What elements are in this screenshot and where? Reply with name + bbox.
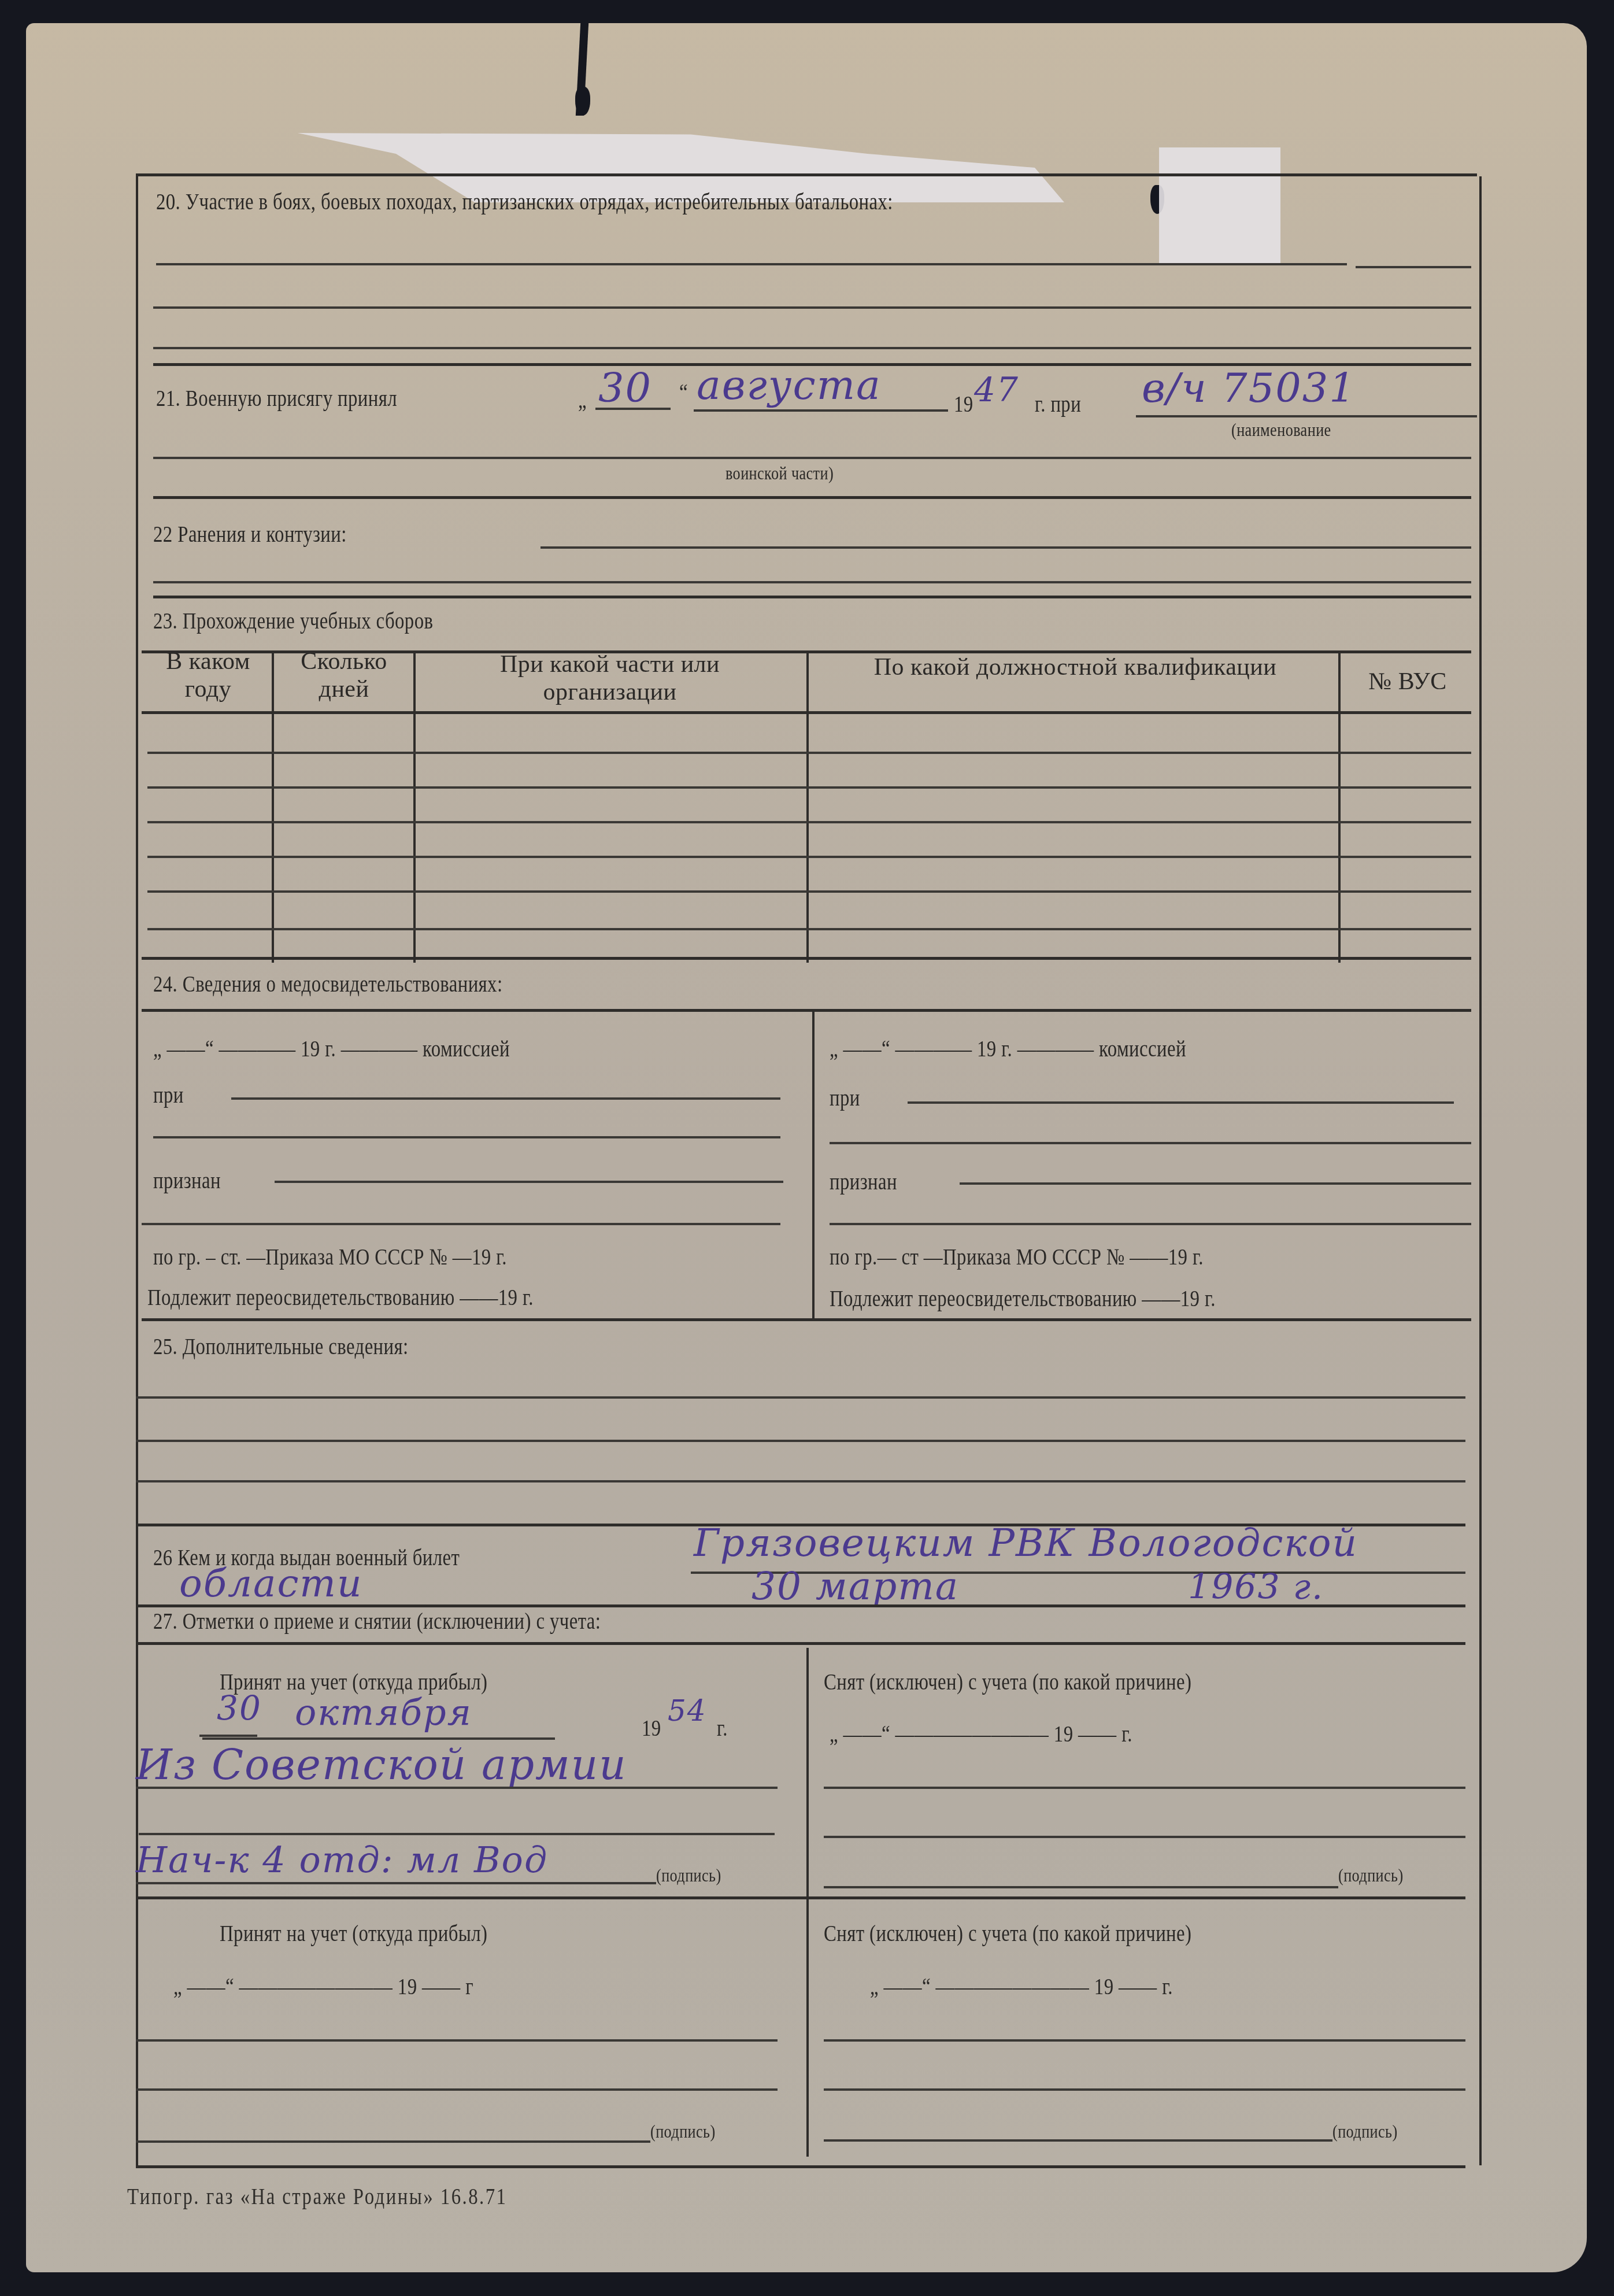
col-divider [272,650,274,963]
field-line [139,1833,775,1835]
field-line[interactable] [231,1097,780,1100]
col-header-vus: № ВУС [1344,668,1471,696]
table-row[interactable] [147,821,1471,823]
quote-close: “ [679,379,688,406]
caption-unit: воинской части) [725,463,834,484]
month-line [202,1737,555,1740]
accepted-signature[interactable]: Нач-к 4 отд: мл Вод [136,1839,548,1881]
table-row[interactable] [147,752,1471,754]
signature-line[interactable] [824,2139,1332,2142]
medical-pri-label: при [830,1084,860,1111]
section-22-label: 22 Ранения и контузии: [153,520,347,548]
printer-imprint: Типогр. газ «На страже Родины» 16.8.71 [127,2183,507,2210]
day-line [199,1735,257,1737]
removed-title: Снят (исключен) с учета (по какой причин… [824,1920,1191,1947]
section-27-label: 27. Отметки о приеме и снятии (исключени… [153,1607,601,1635]
section-24-label: 24. Сведения о медосвидетельствованиях: [153,970,502,997]
medical-date-line: „ ——“ ———— 19 г. ———— комиссией [830,1035,1186,1062]
field-line[interactable] [541,546,1471,549]
col-header-year: В каком году [145,648,272,704]
field-line[interactable] [136,2088,778,2091]
accepted-year-prefix: 19 [642,1714,661,1742]
section-21-label: 21. Военную присягу принял [156,384,397,412]
table-row[interactable] [147,890,1471,893]
table-row[interactable] [147,786,1471,789]
unit-line [1136,415,1477,417]
caption-name: (наименование [1231,419,1331,441]
col-header-qualification: По какой должностной квалификации [867,653,1283,681]
issued-year[interactable]: 1963 г. [1188,1567,1324,1607]
year-prefix: 19 [954,390,973,417]
col-divider [413,650,416,963]
table-header-bottom [142,711,1471,714]
divider [142,1009,1471,1012]
medical-order-line: по гр. – ст. —Приказа МО СССР № —19 г. [153,1243,507,1270]
field-line[interactable] [136,1440,1465,1442]
field-line [136,1787,778,1789]
issued-date[interactable]: 30 марта [752,1564,959,1609]
field-line[interactable] [156,263,1347,265]
oath-day[interactable]: 30 [598,364,652,412]
accepted-title: Принят на учет (откуда прибыл) [220,1920,487,1947]
medical-recheck-line: Подлежит переосвидетельствованию ——19 г. [147,1284,534,1311]
field-line[interactable] [908,1101,1454,1104]
divider [153,496,1471,499]
accepted-year[interactable]: 54 [668,1694,707,1728]
field-line[interactable] [1356,266,1471,268]
field-line[interactable] [136,2039,778,2042]
field-line[interactable] [153,306,1471,309]
field-line[interactable] [824,2039,1465,2042]
issued-by[interactable]: Грязовецким РВК Вологодской [694,1521,1358,1565]
field-line[interactable] [830,1223,1471,1225]
accepted-month[interactable]: октября [295,1691,472,1733]
medical-pri-label: при [153,1081,184,1108]
medical-date-line: „ ——“ ———— 19 г. ———— комиссией [153,1035,510,1062]
table-row[interactable] [147,856,1471,858]
section-25-label: 25. Дополнительные сведения: [153,1333,409,1360]
col-header-unit: При какой части или организации [439,650,780,707]
paper-hole [575,87,590,116]
field-line[interactable] [830,1142,1471,1144]
field-line[interactable] [824,2088,1465,2091]
signature-line[interactable] [136,2140,650,2143]
field-line[interactable] [136,1396,1465,1399]
col-divider [806,650,809,963]
divider [136,1642,1465,1645]
field-line[interactable] [960,1182,1471,1185]
col-header-days: Сколько дней [277,648,410,704]
oath-unit[interactable]: в/ч 75031 [1142,364,1356,412]
divider [142,1318,1471,1321]
issued-by-region[interactable]: области [179,1561,362,1606]
divider [136,1896,1465,1899]
removed-date: „ ——“ ———————— 19 —— г. [870,1973,1173,2000]
field-line[interactable] [153,581,1471,583]
signature-caption: (подпись) [1338,1865,1404,1886]
field-line [153,457,1471,459]
field-line[interactable] [824,1787,1465,1789]
medical-priznan-label: признан [153,1167,221,1194]
section-23-label: 23. Прохождение учебных сборов [153,607,433,634]
medical-order-line: по гр.— ст —Приказа МО СССР № ——19 г. [830,1243,1204,1270]
month-line [694,409,948,412]
divider [153,596,1471,598]
medical-priznan-label: признан [830,1168,897,1195]
field-line[interactable] [153,1136,780,1138]
divider [136,173,1477,176]
signature-caption: (подпись) [1332,2121,1398,2142]
field-line[interactable] [824,1836,1465,1838]
year-g-pri: г. при [1035,390,1081,417]
oath-year[interactable]: 47 [974,370,1019,409]
col-divider [1338,650,1341,963]
accepted-day[interactable]: 30 [217,1688,262,1728]
col-divider [806,1648,809,2157]
accepted-g: г. [717,1714,728,1742]
removed-title: Снят (исключен) с учета (по какой причин… [824,1668,1191,1695]
signature-caption: (подпись) [656,1865,721,1886]
field-line[interactable] [142,1223,780,1225]
col-divider [812,1009,815,1318]
quote-open: „ [578,386,587,413]
divider [142,957,1471,960]
accepted-date: „ ——“ ———————— 19 —— г [173,1973,473,2000]
table-row[interactable] [147,928,1471,930]
signature-caption: (подпись) [650,2121,716,2142]
field-line[interactable] [275,1181,783,1183]
field-line[interactable] [136,1480,1465,1482]
divider [136,2165,1465,2168]
field-line[interactable] [153,347,1471,349]
signature-line[interactable] [824,1886,1338,1888]
signature-line [136,1882,656,1884]
accepted-from[interactable]: Из Советской армии [136,1740,627,1789]
removed-date: „ ——“ ———————— 19 —— г. [830,1720,1132,1747]
section-20-label: 20. Участие в боях, боевых походах, парт… [156,188,893,215]
oath-month[interactable]: августа [697,361,882,409]
medical-recheck-line: Подлежит переосвидетельствованию ——19 г. [830,1285,1216,1312]
